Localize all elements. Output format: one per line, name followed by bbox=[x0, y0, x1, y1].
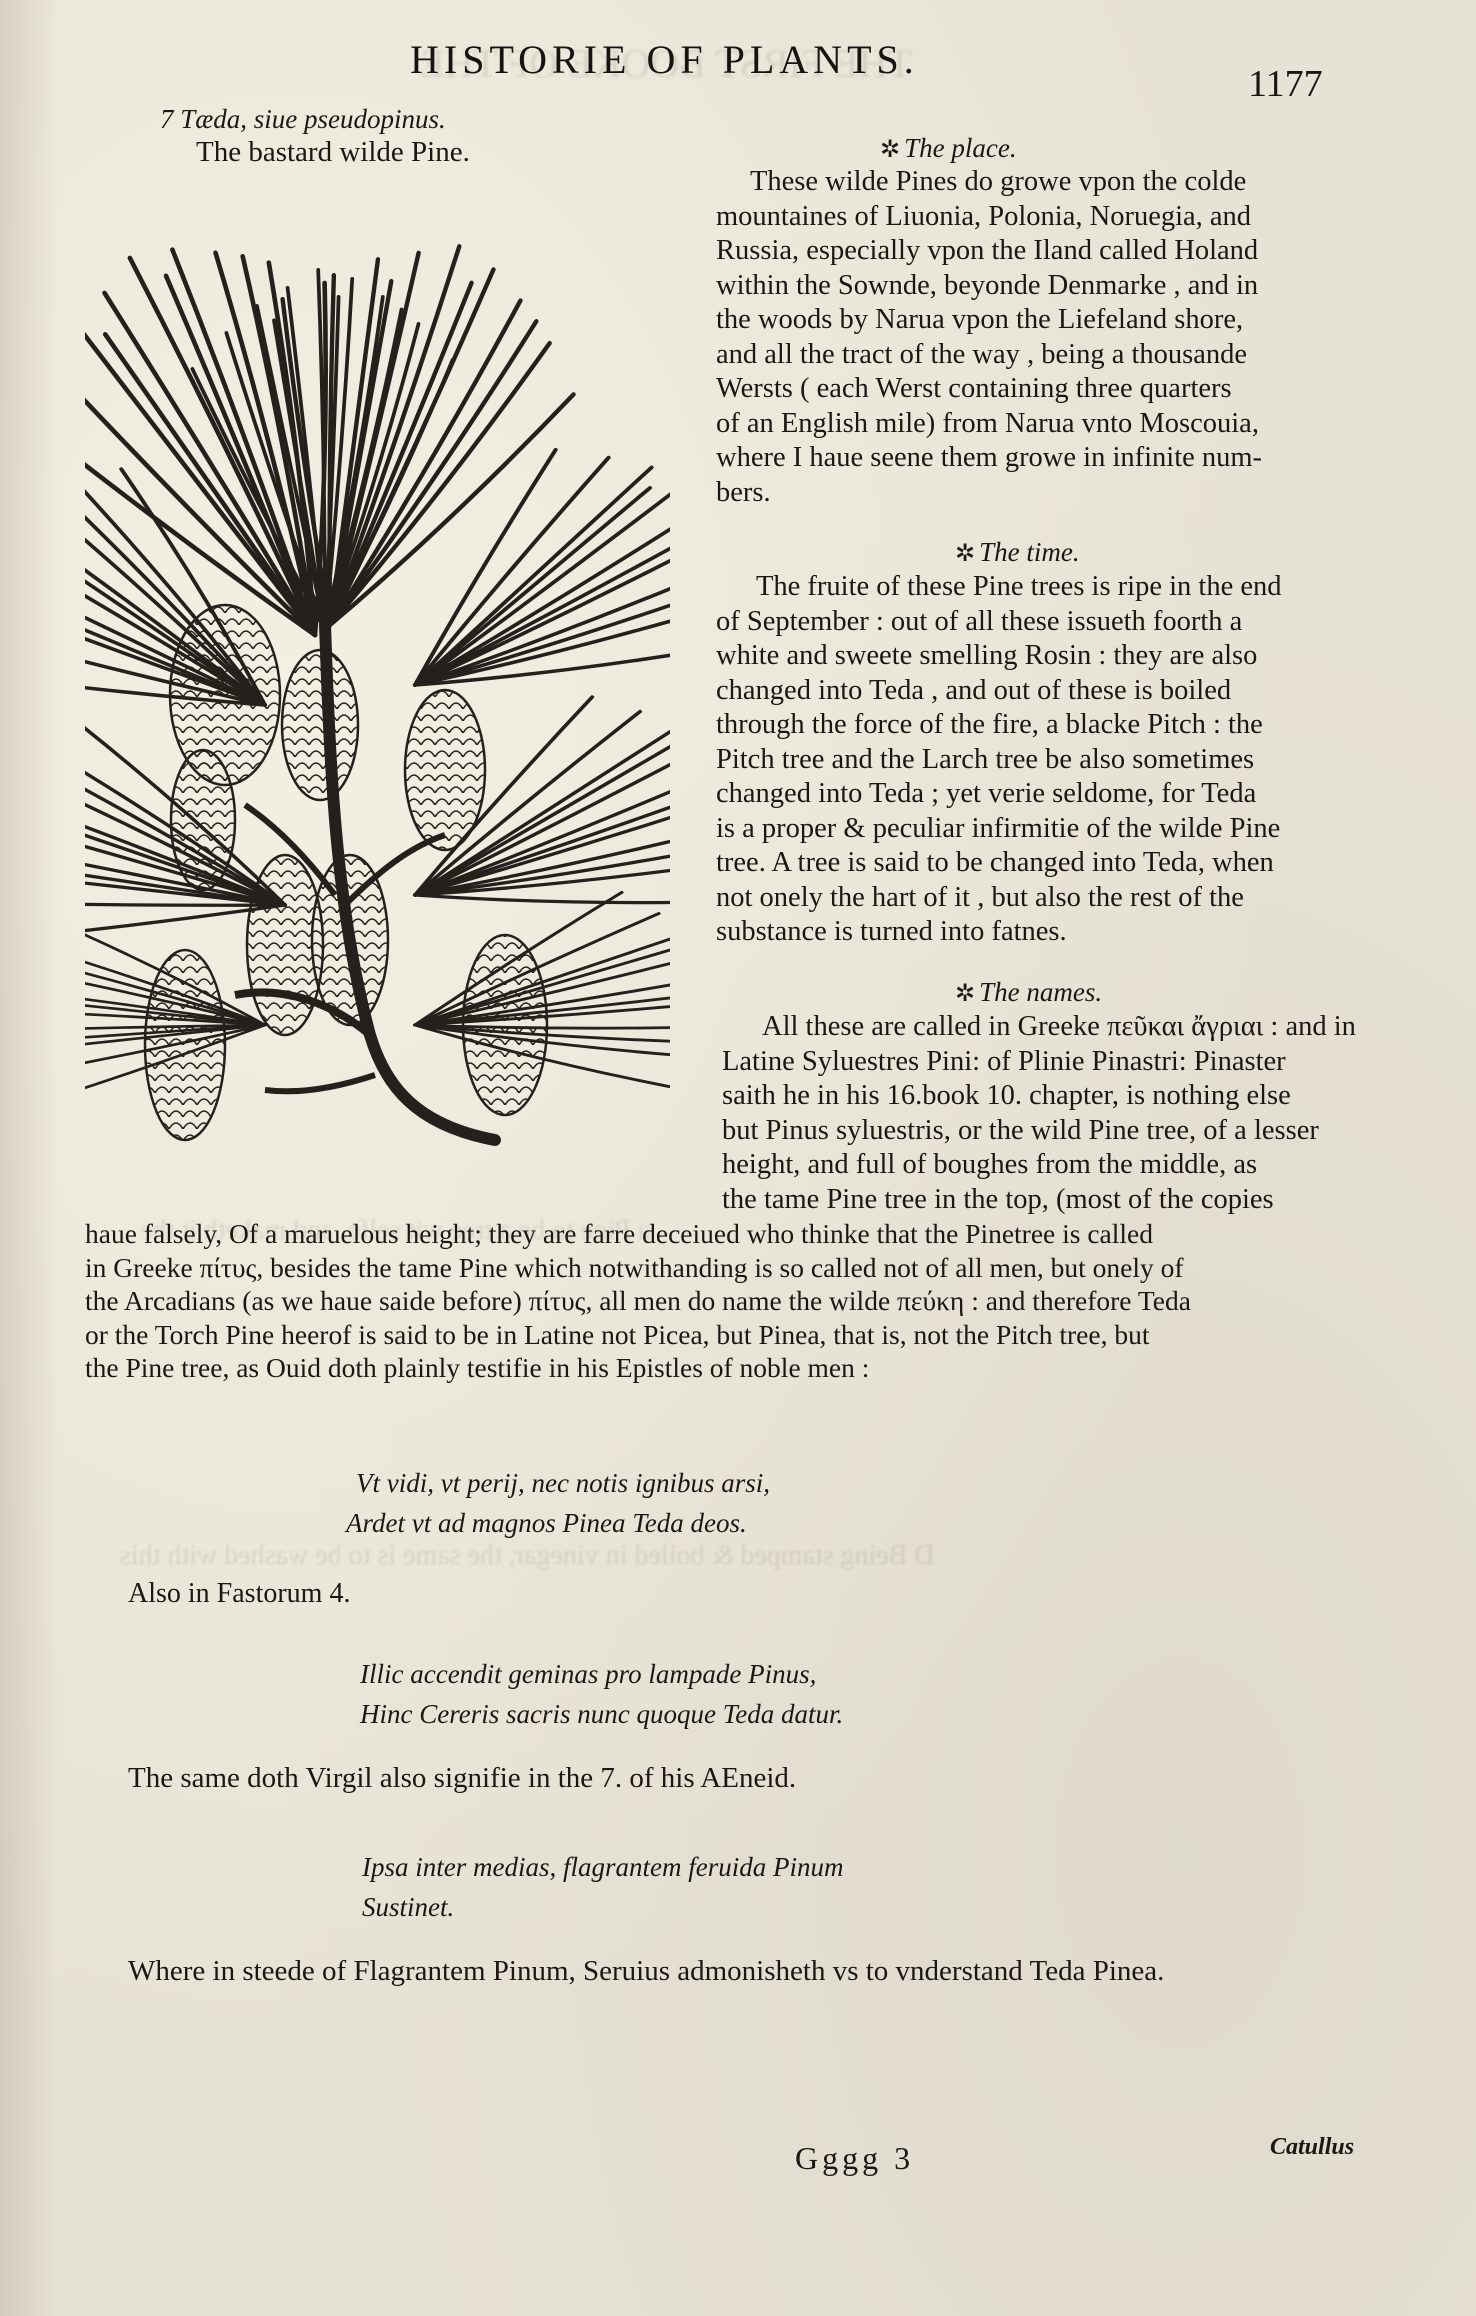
verse-virgil: Ipsa inter medias, flagrantem feruida Pi… bbox=[362, 1847, 843, 1927]
text-line: tree. A tree is said to be changed into … bbox=[716, 846, 1356, 881]
text-line: through the force of the fire, a blacke … bbox=[716, 708, 1356, 743]
text-line: bers. bbox=[716, 476, 1341, 511]
section-heading-time: ✲The time. bbox=[955, 537, 1080, 568]
text-line: of an English mile) from Narua vnto Mosc… bbox=[716, 407, 1341, 442]
verse-fastorum: Illic accendit geminas pro lampade Pinus… bbox=[360, 1654, 843, 1734]
text-line: The fruite of these Pine trees is ripe i… bbox=[716, 570, 1356, 605]
text-line: the Arcadians (as we haue saide before) … bbox=[85, 1284, 1375, 1318]
text-line: the woods by Narua vpon the Liefeland sh… bbox=[716, 303, 1341, 338]
text-line: height, and full of boughes from the mid… bbox=[722, 1148, 1362, 1183]
heading-text: The names. bbox=[979, 977, 1102, 1007]
text-line: within the Sownde, beyonde Denmarke , an… bbox=[716, 269, 1341, 304]
section-heading-names: ✲The names. bbox=[955, 977, 1102, 1008]
text-line: white and sweete smelling Rosin : they a… bbox=[716, 639, 1356, 674]
show-through-text: D Being stamped & boiled in vinegar, the… bbox=[120, 1540, 935, 1572]
asterism-icon: ✲ bbox=[955, 541, 975, 567]
text-line: haue falsely, Of a maruelous height; the… bbox=[85, 1217, 1375, 1251]
text-line: All these are called in Greeke πεῦκαι ἄγ… bbox=[722, 1010, 1362, 1045]
verse-line: Sustinet. bbox=[362, 1887, 843, 1927]
text-line: Pitch tree and the Larch tree be also so… bbox=[716, 743, 1356, 778]
figure-caption: The bastard wilde Pine. bbox=[196, 136, 470, 169]
text-line: the Pine tree, as Ouid doth plainly test… bbox=[85, 1351, 1375, 1385]
virgil-intro: The same doth Virgil also signifie in th… bbox=[128, 1762, 796, 1795]
text-line: in Greeke πίτυς, besides the tame Pine w… bbox=[85, 1251, 1375, 1285]
text-line: saith he in his 16.book 10. chapter, is … bbox=[722, 1079, 1362, 1114]
text-line: changed into Teda ; yet verie seldome, f… bbox=[716, 777, 1356, 812]
figure-number: 7 bbox=[160, 104, 174, 134]
place-paragraph: These wilde Pines do growe vpon the cold… bbox=[716, 165, 1341, 510]
verse-line: Ardet vt ad magnos Pinea Teda deos. bbox=[346, 1503, 770, 1543]
section-heading-place: ✲The place. bbox=[880, 133, 1017, 164]
text-line: Latine Syluestres Pini: of Plinie Pinast… bbox=[722, 1045, 1362, 1080]
figure-latin-title: Tæda, siue pseudopinus. bbox=[180, 104, 446, 134]
asterism-icon: ✲ bbox=[955, 981, 975, 1007]
verse-line: Ipsa inter medias, flagrantem feruida Pi… bbox=[362, 1847, 843, 1887]
text-line: Wersts ( each Werst containing three qua… bbox=[716, 372, 1341, 407]
text-line: the tame Pine tree in the top, (most of … bbox=[722, 1183, 1362, 1218]
heading-text: The place. bbox=[904, 133, 1016, 163]
page-number: 1177 bbox=[1248, 62, 1323, 106]
text-line: substance is turned into fatnes. bbox=[716, 915, 1356, 950]
text-line: or the Torch Pine heerof is said to be i… bbox=[85, 1318, 1375, 1352]
fastorum-intro: Also in Fastorum 4. bbox=[128, 1578, 350, 1610]
text-line: is a proper & peculiar infirmitie of the… bbox=[716, 812, 1356, 847]
text-line: not onely the hart of it , but also the … bbox=[716, 881, 1356, 916]
names-paragraph-full: haue falsely, Of a maruelous height; the… bbox=[85, 1217, 1375, 1385]
verse-ovid: Vt vidi, vt perij, nec notis ignibus ars… bbox=[356, 1463, 770, 1543]
text-line: but Pinus syluestris, or the wild Pine t… bbox=[722, 1114, 1362, 1149]
figure-title: 7 Tæda, siue pseudopinus. bbox=[160, 104, 446, 135]
catchword: Catullus bbox=[1270, 2134, 1354, 2161]
running-head: HISTORIE OF PLANTS. bbox=[410, 36, 919, 83]
verse-line: Illic accendit geminas pro lampade Pinus… bbox=[360, 1654, 843, 1694]
text-line: changed into Teda , and out of these is … bbox=[716, 674, 1356, 709]
pine-branch-woodcut bbox=[85, 205, 670, 1180]
text-line: of September : out of all these issueth … bbox=[716, 605, 1356, 640]
heading-text: The time. bbox=[979, 537, 1080, 567]
signature-mark: Gggg 3 bbox=[795, 2140, 914, 2177]
closing-sentence: Where in steede of Flagrantem Pinum, Ser… bbox=[128, 1955, 1164, 1988]
text-line: where I haue seene them growe in infinit… bbox=[716, 441, 1341, 476]
verse-line: Vt vidi, vt perij, nec notis ignibus ars… bbox=[356, 1463, 770, 1503]
text-line: Russia, especially vpon the Iland called… bbox=[716, 234, 1341, 269]
text-line: mountaines of Liuonia, Polonia, Noruegia… bbox=[716, 200, 1341, 235]
verse-line: Hinc Cereris sacris nunc quoque Teda dat… bbox=[360, 1694, 843, 1734]
asterism-icon: ✲ bbox=[880, 137, 900, 163]
text-line: and all the tract of the way , being a t… bbox=[716, 338, 1341, 373]
text-line: These wilde Pines do growe vpon the cold… bbox=[716, 165, 1341, 200]
names-paragraph-column: All these are called in Greeke πεῦκαι ἄγ… bbox=[722, 1010, 1362, 1217]
page-gutter-shadow bbox=[0, 0, 60, 2316]
time-paragraph: The fruite of these Pine trees is ripe i… bbox=[716, 570, 1356, 950]
